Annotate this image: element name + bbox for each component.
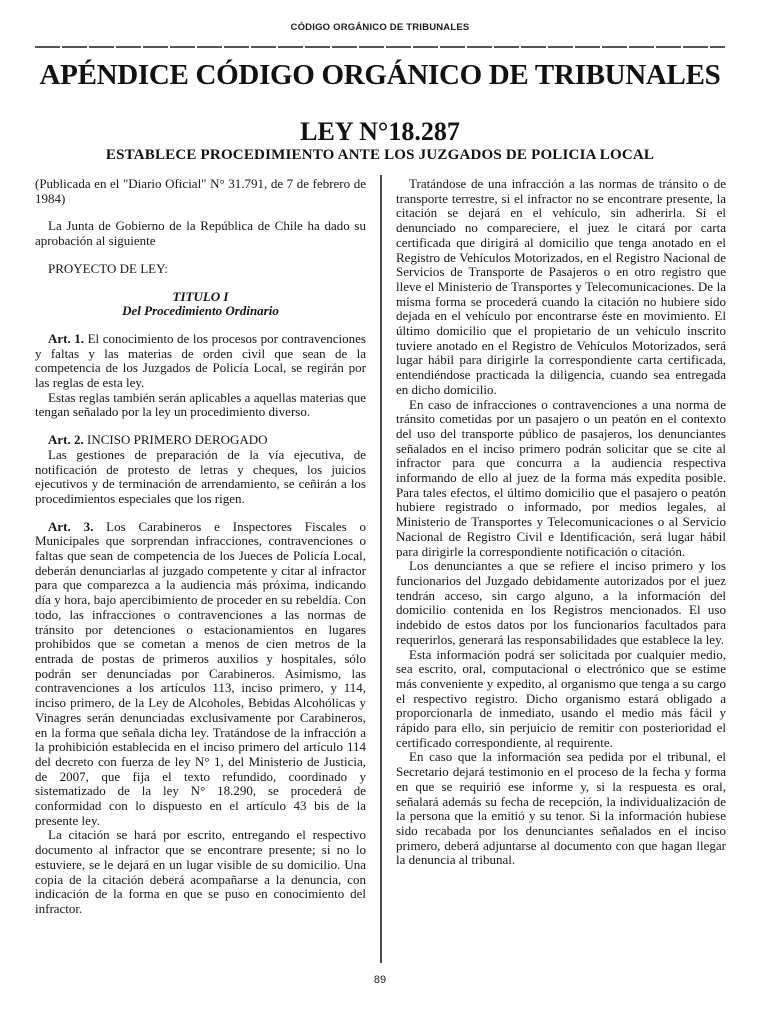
running-header: CÓDIGO ORGÁNICO DE TRIBUNALES	[0, 22, 760, 33]
article-2-text: INCISO PRIMERO DEROGADO	[87, 432, 268, 447]
law-subtitle: ESTABLECE PROCEDIMIENTO ANTE LOS JUZGADO…	[0, 147, 760, 164]
preamble-paragraph: La Junta de Gobierno de la República de …	[35, 219, 366, 248]
column-divider	[380, 175, 382, 963]
publication-note: (Publicada en el "Diario Oficial" N° 31.…	[35, 177, 366, 206]
right-paragraph-4: Esta información podrá ser solicitada po…	[396, 648, 726, 751]
law-number-title: LEY N°18.287	[0, 117, 760, 147]
right-paragraph-2: En caso de infracciones o contravencione…	[396, 398, 726, 560]
article-3-paragraph: Art. 3. Los Carabineros e Inspectores Fi…	[35, 520, 366, 829]
article-1-paragraph-2: Estas reglas también serán aplicables a …	[35, 391, 366, 420]
title-heading: TITULO I	[35, 290, 366, 305]
title-subheading: Del Procedimiento Ordinario	[35, 304, 366, 319]
right-column: Tratándose de una infracción a las norma…	[396, 177, 726, 868]
project-of-law-label: PROYECTO DE LEY:	[35, 262, 366, 277]
article-3-label: Art. 3.	[48, 519, 93, 534]
document-title: APÉNDICE CÓDIGO ORGÁNICO DE TRIBUNALES	[0, 59, 760, 92]
article-1-text: El conocimiento de los procesos por cont…	[35, 331, 366, 390]
header-rule	[35, 46, 725, 48]
article-1-paragraph: Art. 1. El conocimiento de los procesos …	[35, 332, 366, 391]
right-paragraph-1: Tratándose de una infracción a las norma…	[396, 177, 726, 398]
article-3-paragraph-2: La citación se hará por escrito, entrega…	[35, 828, 366, 916]
article-1-label: Art. 1.	[48, 331, 84, 346]
article-3-text: Los Carabineros e Inspectores Fiscales o…	[35, 519, 366, 828]
left-column: (Publicada en el "Diario Oficial" N° 31.…	[35, 177, 366, 917]
article-2-paragraph-2: Las gestiones de preparación de la vía e…	[35, 448, 366, 507]
page-number: 89	[0, 974, 760, 986]
article-2-label: Art. 2.	[48, 432, 84, 447]
right-paragraph-3: Los denunciantes a que se refiere el inc…	[396, 559, 726, 647]
article-2-paragraph: Art. 2. INCISO PRIMERO DEROGADO	[35, 433, 366, 448]
right-paragraph-5: En caso que la información sea pedida po…	[396, 750, 726, 868]
